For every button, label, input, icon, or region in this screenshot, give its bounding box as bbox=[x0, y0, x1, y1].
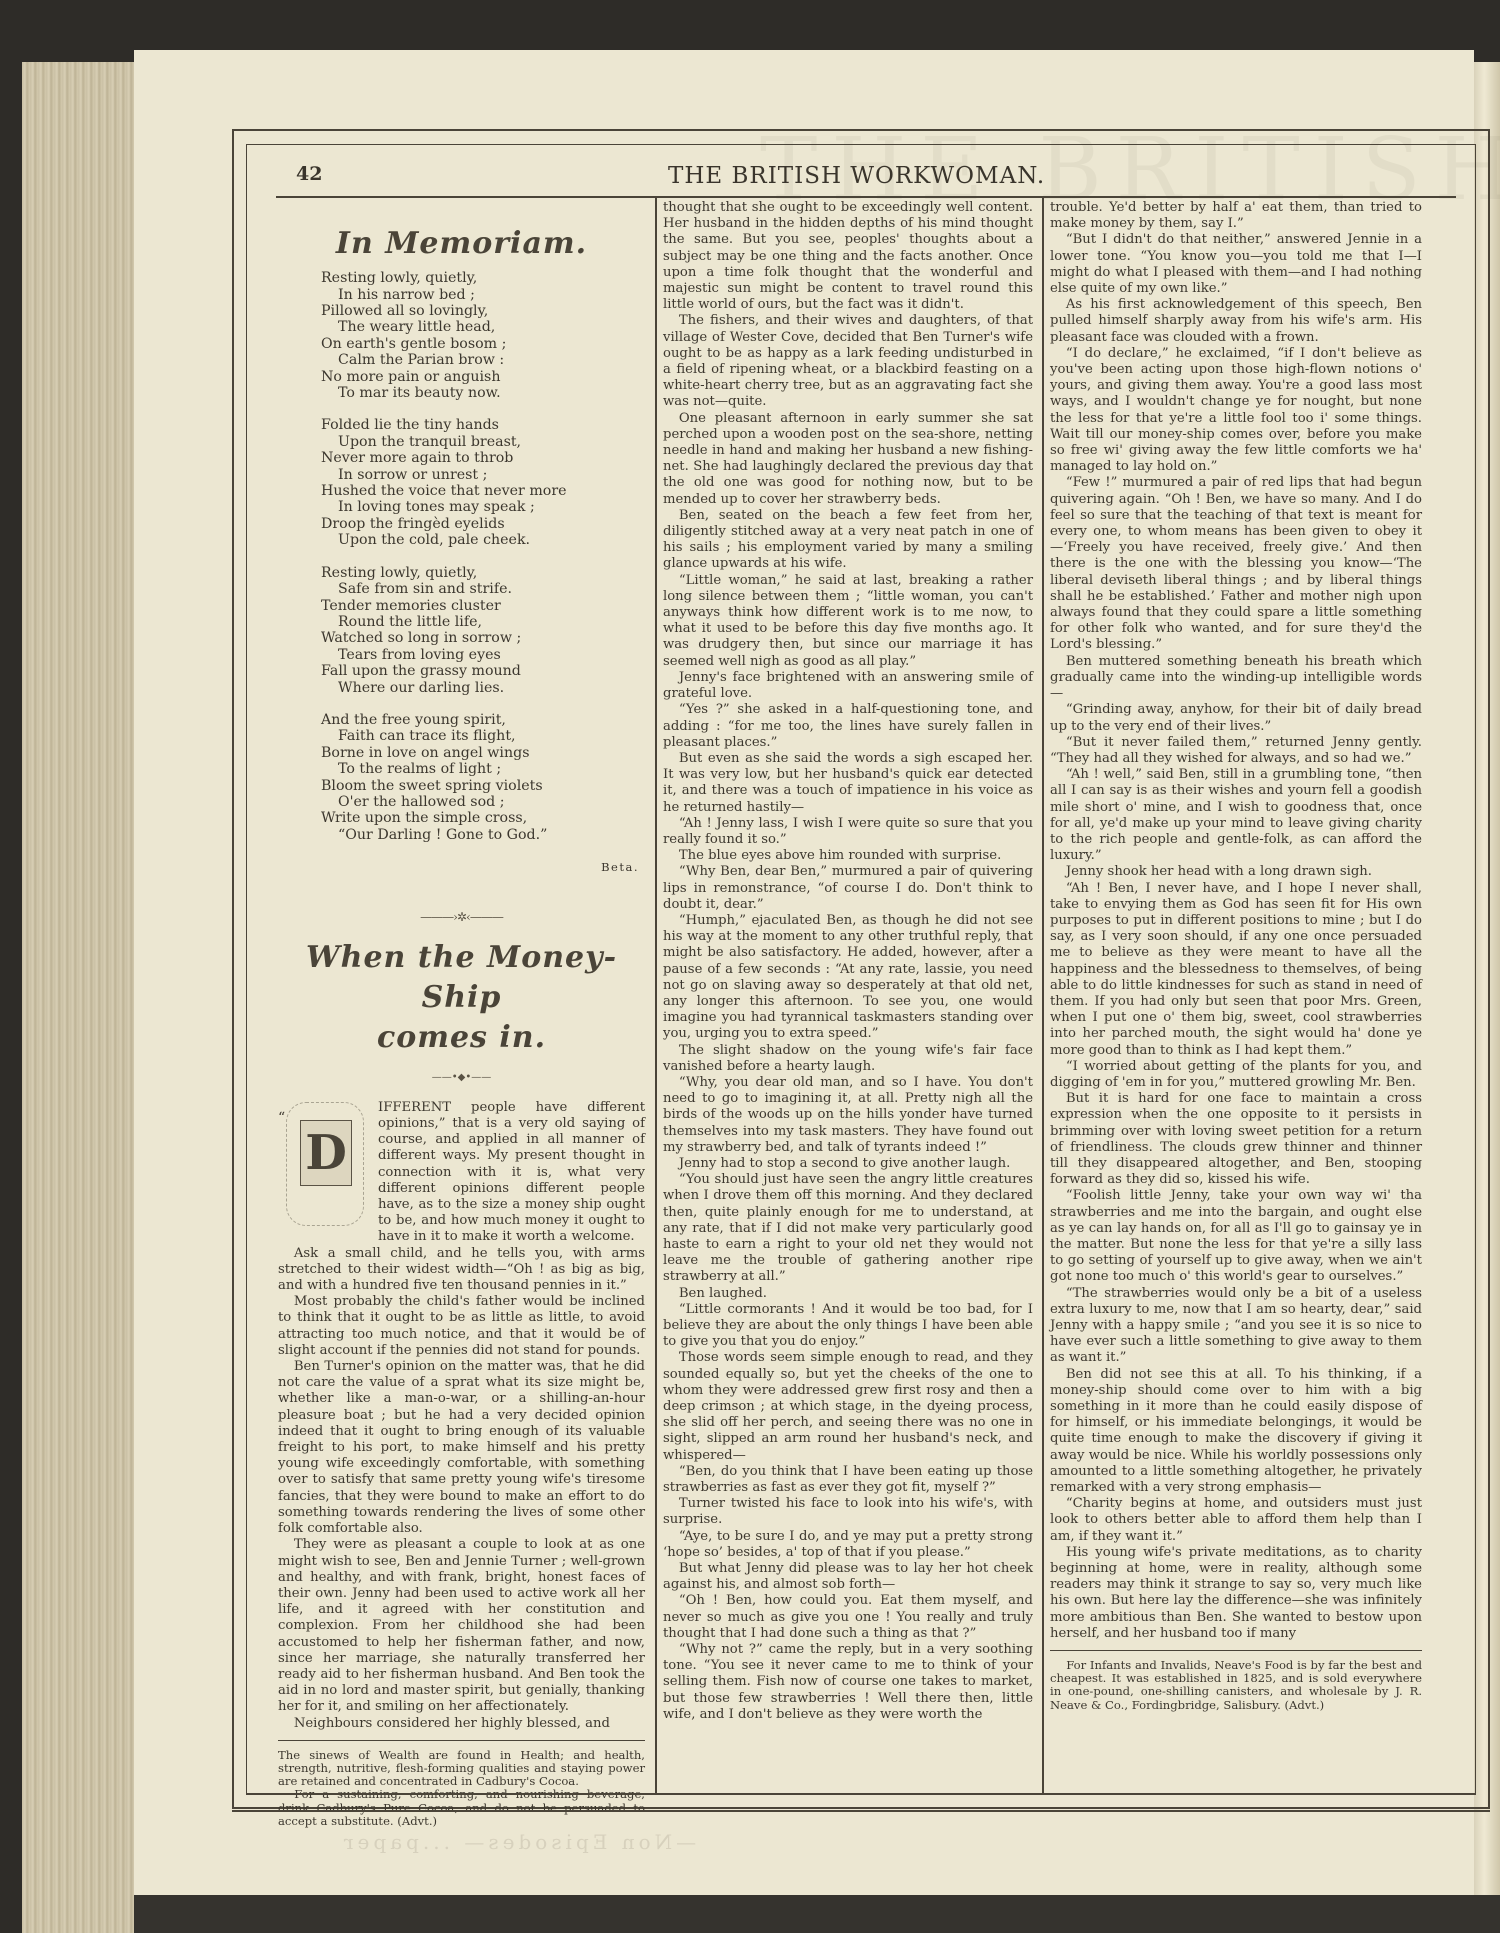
ornamental-dropcap: “ D bbox=[278, 1102, 368, 1230]
poem-stanza: Resting lowly, quietly,Safe from sin and… bbox=[321, 565, 645, 696]
paragraph: Jenny's face brightened with an answerin… bbox=[663, 670, 1033, 702]
poem-line: And the free young spirit, bbox=[321, 712, 645, 728]
paragraph: “Ah ! Ben, I never have, and I hope I ne… bbox=[1050, 881, 1422, 1059]
poem-line: Calm the Parian brow : bbox=[321, 352, 645, 368]
poem-line: To mar its beauty now. bbox=[321, 385, 645, 401]
page-number: 42 bbox=[296, 163, 322, 185]
bottom-rule-outer bbox=[232, 1810, 1490, 1812]
poem-line: Faith can trace its flight, bbox=[321, 728, 645, 744]
paragraph: As his first acknowledgement of this spe… bbox=[1050, 297, 1422, 346]
paragraph: “The strawberries would only be a bit of… bbox=[1050, 1286, 1422, 1367]
poem-body: Resting lowly, quietly,In his narrow bed… bbox=[321, 270, 645, 843]
poem-line: Round the little life, bbox=[321, 614, 645, 630]
paragraph: “Ah ! Jenny lass, I wish I were quite so… bbox=[663, 816, 1033, 848]
poem-line: Hushed the voice that never more bbox=[321, 483, 645, 499]
poem-line: Upon the tranquil breast, bbox=[321, 434, 645, 450]
cadbury-advert: The sinews of Wealth are found in Health… bbox=[278, 1740, 645, 1828]
paragraph: “Charity begins at home, and outsiders m… bbox=[1050, 1496, 1422, 1545]
paragraph: Ben, seated on the beach a few feet from… bbox=[663, 508, 1033, 573]
paragraph: “Oh ! Ben, how could you. Eat them mysel… bbox=[663, 1593, 1033, 1642]
poem-line: Fall upon the grassy mound bbox=[321, 663, 645, 679]
paragraph: Ben muttered something beneath his breat… bbox=[1050, 654, 1422, 703]
column-1-paragraphs: Ask a small child, and he tells you, wit… bbox=[278, 1246, 645, 1732]
column-3: trouble. Ye'd better by half a' eat them… bbox=[1050, 200, 1422, 1712]
paragraph: They were as pleasant a couple to look a… bbox=[278, 1537, 645, 1715]
cadbury-advert-p1: The sinews of Wealth are found in Health… bbox=[278, 1749, 645, 1789]
paragraph: thought that she ought to be exceedingly… bbox=[663, 200, 1033, 313]
story-opening: “ D IFFERENT people have different opini… bbox=[278, 1100, 645, 1246]
paragraph: Jenny had to stop a second to give anoth… bbox=[663, 1156, 1033, 1172]
paragraph: But it is hard for one face to maintain … bbox=[1050, 1091, 1422, 1188]
paragraph: “Little cormorants ! And it would be too… bbox=[663, 1302, 1033, 1351]
paragraph: trouble. Ye'd better by half a' eat them… bbox=[1050, 200, 1422, 232]
poem-line: “Our Darling ! Gone to God.” bbox=[321, 827, 645, 843]
column-2: thought that she ought to be exceedingly… bbox=[663, 200, 1033, 1723]
paragraph: The blue eyes above him rounded with sur… bbox=[663, 848, 1033, 864]
paragraph: But even as she said the words a sigh es… bbox=[663, 751, 1033, 816]
paragraph: Most probably the child's father would b… bbox=[278, 1294, 645, 1359]
running-title: THE BRITISH WORKWOMAN. bbox=[668, 163, 1045, 189]
ornament-divider: ———›✲‹——— bbox=[278, 909, 645, 925]
paragraph: “You should just have seen the angry lit… bbox=[663, 1172, 1033, 1285]
column-rule-2 bbox=[1042, 198, 1044, 1793]
poem-stanza: Resting lowly, quietly,In his narrow bed… bbox=[321, 270, 645, 401]
poem-author: Beta. bbox=[278, 859, 639, 875]
poem-line: Safe from sin and strife. bbox=[321, 581, 645, 597]
paragraph: “Few !” murmured a pair of red lips that… bbox=[1050, 475, 1422, 653]
poem-line: Tender memories cluster bbox=[321, 598, 645, 614]
poem-line: Pillowed all so lovingly, bbox=[321, 303, 645, 319]
paragraph: “Why not ?” came the reply, but in a ver… bbox=[663, 1642, 1033, 1723]
poem-line: On earth's gentle bosom ; bbox=[321, 336, 645, 352]
neave-advert: For Infants and Invalids, Neave's Food i… bbox=[1050, 1650, 1422, 1712]
paragraph: “Why Ben, dear Ben,” murmured a pair of … bbox=[663, 864, 1033, 913]
poem-stanza: Folded lie the tiny handsUpon the tranqu… bbox=[321, 417, 645, 548]
column-1: In Memoriam. Resting lowly, quietly,In h… bbox=[278, 200, 645, 1828]
paragraph: His young wife's private meditations, as… bbox=[1050, 1545, 1422, 1642]
paragraph: “Why, you dear old man, and so I have. Y… bbox=[663, 1075, 1033, 1156]
poem-line: In his narrow bed ; bbox=[321, 287, 645, 303]
poem-line: In loving tones may speak ; bbox=[321, 499, 645, 515]
poem-line: No more pain or anguish bbox=[321, 369, 645, 385]
poem-line: O'er the hallowed sod ; bbox=[321, 794, 645, 810]
page-header: 42 THE BRITISH WORKWOMAN. bbox=[296, 163, 1461, 193]
small-divider: ——•◆•—— bbox=[278, 1070, 645, 1086]
paragraph: “Foolish little Jenny, take your own way… bbox=[1050, 1188, 1422, 1285]
paragraph: “Aye, to be sure I do, and ye may put a … bbox=[663, 1529, 1033, 1561]
bleed-through-footer: —Non Episodes— ...paper bbox=[340, 1830, 696, 1854]
poem-line: In sorrow or unrest ; bbox=[321, 467, 645, 483]
poem-line: Folded lie the tiny hands bbox=[321, 417, 645, 433]
paragraph: “Ah ! well,” said Ben, still in a grumbl… bbox=[1050, 767, 1422, 864]
poem-line: Where our darling lies. bbox=[321, 680, 645, 696]
paragraph: Turner twisted his face to look into his… bbox=[663, 1496, 1033, 1528]
paragraph: Jenny shook her head with a long drawn s… bbox=[1050, 864, 1422, 880]
paragraph: But what Jenny did please was to lay her… bbox=[663, 1561, 1033, 1593]
column-3-paragraphs: trouble. Ye'd better by half a' eat them… bbox=[1050, 200, 1422, 1642]
column-rule-1 bbox=[655, 198, 657, 1793]
paragraph: “I worried about getting of the plants f… bbox=[1050, 1059, 1422, 1091]
poem-line: To the realms of light ; bbox=[321, 761, 645, 777]
paragraph: Ben Turner's opinion on the matter was, … bbox=[278, 1359, 645, 1537]
poem-line: Resting lowly, quietly, bbox=[321, 270, 645, 286]
paragraph: The slight shadow on the young wife's fa… bbox=[663, 1043, 1033, 1075]
poem-line: Tears from loving eyes bbox=[321, 647, 645, 663]
poem-line: Borne in love on angel wings bbox=[321, 745, 645, 761]
paragraph: “Ben, do you think that I have been eati… bbox=[663, 1464, 1033, 1496]
bottom-rule-inner bbox=[246, 1793, 1476, 1795]
poem-line: The weary little head, bbox=[321, 319, 645, 335]
paragraph: “Little woman,” he said at last, breakin… bbox=[663, 573, 1033, 670]
neave-advert-p1: For Infants and Invalids, Neave's Food i… bbox=[1050, 1659, 1422, 1712]
paragraph: Those words seem simple enough to read, … bbox=[663, 1350, 1033, 1463]
poem-title: In Memoriam. bbox=[278, 236, 645, 252]
story-title-line-2: comes in. bbox=[278, 1018, 645, 1058]
poem-line: Never more again to throb bbox=[321, 450, 645, 466]
paragraph: Ben laughed. bbox=[663, 1286, 1033, 1302]
scan-bottom-shadow bbox=[134, 1895, 1500, 1933]
poem-line: Resting lowly, quietly, bbox=[321, 565, 645, 581]
paragraph: “I do declare,” he exclaimed, “if I don'… bbox=[1050, 346, 1422, 476]
poem-line: Droop the fringèd eyelids bbox=[321, 516, 645, 532]
paragraph: “But I didn't do that neither,” answered… bbox=[1050, 232, 1422, 297]
poem-stanza: And the free young spirit,Faith can trac… bbox=[321, 712, 645, 843]
poem-line: Write upon the simple cross, bbox=[321, 810, 645, 826]
dropcap-quote: “ bbox=[278, 1110, 285, 1126]
poem-line: Bloom the sweet spring violets bbox=[321, 778, 645, 794]
paragraph: “Humph,” ejaculated Ben, as though he di… bbox=[663, 913, 1033, 1043]
header-rule bbox=[276, 196, 1456, 198]
paragraph: “Yes ?” she asked in a half-questioning … bbox=[663, 702, 1033, 751]
poem-line: Watched so long in sorrow ; bbox=[321, 630, 645, 646]
story-title: When the Money-Ship comes in. bbox=[278, 938, 645, 1058]
paragraph: Ben did not see this at all. To his thin… bbox=[1050, 1367, 1422, 1497]
paragraph: Ask a small child, and he tells you, wit… bbox=[278, 1246, 645, 1295]
dropcap-letter: D bbox=[300, 1120, 352, 1186]
paragraph: One pleasant afternoon in early summer s… bbox=[663, 411, 1033, 508]
paragraph: “Grinding away, anyhow, for their bit of… bbox=[1050, 702, 1422, 734]
column-2-paragraphs: thought that she ought to be exceedingly… bbox=[663, 200, 1033, 1723]
story-title-line-1: When the Money-Ship bbox=[278, 938, 645, 1018]
paragraph: The fishers, and their wives and daughte… bbox=[663, 313, 1033, 410]
paragraph: “But it never failed them,” returned Jen… bbox=[1050, 735, 1422, 767]
paragraph: Neighbours considered her highly blessed… bbox=[278, 1716, 645, 1732]
book-page-edges bbox=[22, 62, 134, 1933]
poem-line: Upon the cold, pale cheek. bbox=[321, 532, 645, 548]
